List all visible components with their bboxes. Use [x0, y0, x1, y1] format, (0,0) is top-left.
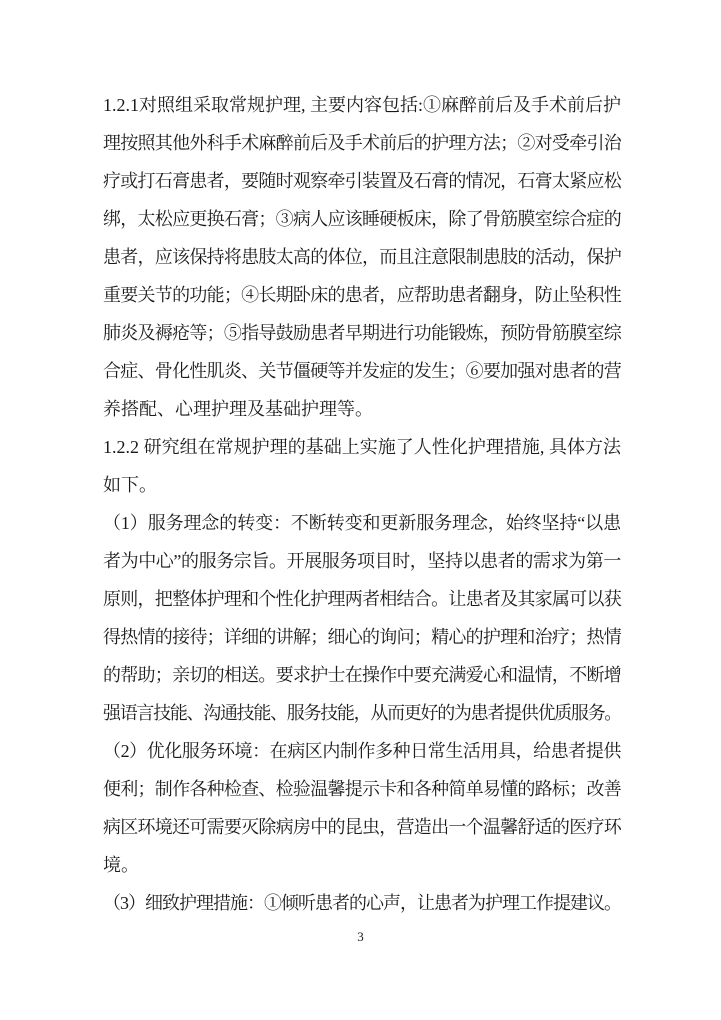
document-line: 肺炎及褥疮等；⑤指导鼓励患者早期进行功能锻炼，预防骨筋膜室综 [103, 314, 621, 352]
document-line-text: 者为中心”的服务宗旨。开展服务项目时，坚持以患者的需求为第一 [103, 542, 621, 580]
document-line: 得热情的接待；详细的讲解；细心的询问；精心的护理和治疗；热情 [103, 618, 621, 656]
document-line: （3）细致护理措施：①倾听患者的心声，让患者为护理工作提建议。 [103, 884, 621, 922]
document-line-text: 便利；制作各种检查、检验温馨提示卡和各种简单易懂的路标；改善 [103, 770, 621, 808]
document-line-text: 重要关节的功能；④长期卧床的患者，应帮助患者翻身，防止坠积性 [103, 276, 621, 314]
document-line: （1）服务理念的转变：不断转变和更新服务理念，始终坚持“以患 [103, 504, 621, 542]
document-line: 合症、骨化性肌炎、关节僵硬等并发症的发生；⑥要加强对患者的营 [103, 352, 621, 390]
document-line: 绑，太松应更换石膏；③病人应该睡硬板床，除了骨筋膜室综合症的 [103, 200, 621, 238]
document-line: 1.2.2 研究组在常规护理的基础上实施了人性化护理措施, 具体方法 [103, 428, 621, 466]
document-line-text: 病区环境还可需要灭除病房中的昆虫，营造出一个温馨舒适的医疗环 [103, 808, 621, 846]
document-line: 病区环境还可需要灭除病房中的昆虫，营造出一个温馨舒适的医疗环 [103, 808, 621, 846]
document-line-text: 的帮助；亲切的相送。要求护士在操作中要充满爱心和温情，不断增 [103, 656, 621, 694]
document-line-text: （2）优化服务环境：在病区内制作多种日常生活用具，给患者提供 [103, 732, 621, 770]
page-number: 3 [0, 929, 721, 945]
document-line-text: 如下。 [103, 466, 157, 504]
document-line: 1.2.1对照组采取常规护理, 主要内容包括:①麻醉前后及手术前后护 [103, 86, 621, 124]
document-line: 便利；制作各种检查、检验温馨提示卡和各种简单易懂的路标；改善 [103, 770, 621, 808]
document-line: 境。 [103, 846, 621, 884]
document-line: 如下。 [103, 466, 621, 504]
document-line-text: 1.2.1对照组采取常规护理, 主要内容包括:①麻醉前后及手术前后护 [103, 86, 621, 124]
document-line: 疗或打石膏患者，要随时观察牵引装置及石膏的情况，石膏太紧应松 [103, 162, 621, 200]
document-line-text: 理按照其他外科手术麻醉前后及手术前后的护理方法；②对受牵引治 [103, 124, 621, 162]
document-line-text: 肺炎及褥疮等；⑤指导鼓励患者早期进行功能锻炼，预防骨筋膜室综 [103, 314, 621, 352]
document-line-text: 境。 [103, 846, 139, 884]
document-line: 的帮助；亲切的相送。要求护士在操作中要充满爱心和温情，不断增 [103, 656, 621, 694]
document-page: 1.2.1对照组采取常规护理, 主要内容包括:①麻醉前后及手术前后护理按照其他外… [0, 0, 721, 1020]
document-line-text: （3）细致护理措施：①倾听患者的心声，让患者为护理工作提建议。 [103, 884, 621, 922]
document-line: 者为中心”的服务宗旨。开展服务项目时，坚持以患者的需求为第一 [103, 542, 621, 580]
document-line-text: 绑，太松应更换石膏；③病人应该睡硬板床，除了骨筋膜室综合症的 [103, 200, 621, 238]
document-line: 养搭配、心理护理及基础护理等。 [103, 390, 621, 428]
document-line: 重要关节的功能；④长期卧床的患者，应帮助患者翻身，防止坠积性 [103, 276, 621, 314]
document-line: 强语言技能、沟通技能、服务技能，从而更好的为患者提供优质服务。 [103, 694, 621, 732]
document-line-text: 疗或打石膏患者，要随时观察牵引装置及石膏的情况，石膏太紧应松 [103, 162, 621, 200]
document-line-text: 合症、骨化性肌炎、关节僵硬等并发症的发生；⑥要加强对患者的营 [103, 352, 621, 390]
document-line-text: 得热情的接待；详细的讲解；细心的询问；精心的护理和治疗；热情 [103, 618, 621, 656]
document-body: 1.2.1对照组采取常规护理, 主要内容包括:①麻醉前后及手术前后护理按照其他外… [103, 86, 621, 922]
document-line-text: 1.2.2 研究组在常规护理的基础上实施了人性化护理措施, 具体方法 [103, 428, 621, 466]
document-line-text: 强语言技能、沟通技能、服务技能，从而更好的为患者提供优质服务。 [103, 694, 621, 732]
document-line-text: （1）服务理念的转变：不断转变和更新服务理念，始终坚持“以患 [103, 504, 621, 542]
document-line-text: 患者，应该保持将患肢太高的体位，而且注意限制患肢的活动，保护 [103, 238, 621, 276]
document-line-text: 原则，把整体护理和个性化护理两者相结合。让患者及其家属可以获 [103, 580, 621, 618]
document-line: 理按照其他外科手术麻醉前后及手术前后的护理方法；②对受牵引治 [103, 124, 621, 162]
document-line: 患者，应该保持将患肢太高的体位，而且注意限制患肢的活动，保护 [103, 238, 621, 276]
document-line: 原则，把整体护理和个性化护理两者相结合。让患者及其家属可以获 [103, 580, 621, 618]
document-line: （2）优化服务环境：在病区内制作多种日常生活用具，给患者提供 [103, 732, 621, 770]
document-line-text: 养搭配、心理护理及基础护理等。 [103, 390, 373, 428]
